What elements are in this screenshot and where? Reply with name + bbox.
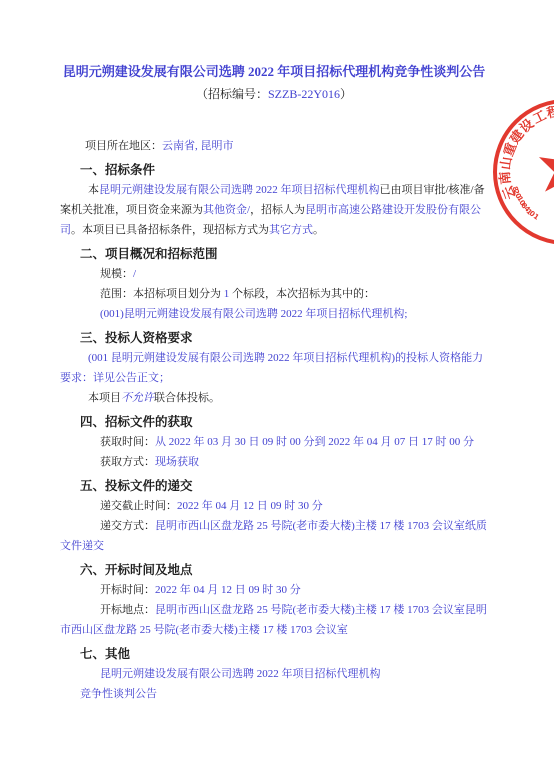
highlighted-value: 2022 年 04 月 12 日 09 时 30 分 (177, 500, 323, 512)
text-segment: 二、项目概况和招标范围 (80, 247, 218, 261)
section-heading: 四、招标文件的获取 (60, 412, 488, 432)
text-segment: 个标段，本次招标为其中的： (229, 288, 375, 300)
seal-char: 程 (545, 101, 554, 122)
highlighted-value: 其它方式 (269, 224, 313, 236)
text-segment: 。本项目已具备招标条件，现招标方式为 (71, 224, 269, 236)
text-line: 获取时间：从 2022 年 03 月 30 日 09 时 00 分到 2022 … (60, 432, 488, 452)
text-segment: 六、开标时间及地点 (80, 563, 193, 577)
seal-char: 设 (515, 113, 537, 136)
seal-char: 南 (494, 171, 514, 186)
seal-digit: 1 (525, 207, 534, 216)
highlighted-value: 现场获取 (155, 456, 199, 468)
document-body: 昆明元朔建设发展有限公司选聘 2022 年项目招标代理机构竞争性谈判公告 （招标… (60, 0, 488, 704)
seal-digit: 2 (511, 189, 520, 197)
seal-char: 重 (497, 139, 519, 158)
text-segment: ，招标人为 (250, 204, 305, 216)
text-line: 开标地点：昆明市西山区盘龙路 25 号院(老市委大楼)主楼 17 楼 1703 … (60, 600, 488, 640)
text-line: 昆明元朔建设发展有限公司选聘 2022 年项目招标代理机构 (60, 664, 488, 684)
document-page: 昆明元朔建设发展有限公司选聘 2022 年项目招标代理机构竞争性谈判公告 （招标… (0, 0, 554, 783)
text-line: (001)昆明元朔建设发展有限公司选聘 2022 年项目招标代理机构; (60, 304, 488, 324)
seal-ring (493, 99, 554, 245)
seal-star-icon: ★ (528, 128, 554, 211)
highlighted-value: (001 昆明元朔建设发展有限公司选聘 2022 年项目招标代理机构)的投标人资… (60, 352, 483, 384)
text-segment: 规模： (100, 268, 133, 280)
text-line: 开标时间：2022 年 04 月 12 日 09 时 30 分 (60, 580, 488, 600)
text-segment: 项目所在地区： (85, 140, 162, 152)
text-line: 本项目不允许联合体投标。 (60, 388, 488, 408)
text-segment: 四、招标文件的获取 (80, 415, 193, 429)
text-segment: 联合体投标。 (154, 392, 220, 404)
tender-number-line: （招标编号：SZZB-22Y016） (60, 84, 488, 104)
tender-number-suffix: ） (340, 87, 352, 101)
seal-digit: 8 (510, 185, 519, 192)
text-line: 获取方式：现场获取 (60, 452, 488, 472)
seal-char: 工 (529, 105, 549, 128)
text-segment: 本项目 (88, 392, 121, 404)
highlighted-value: (001)昆明元朔建设发展有限公司选聘 2022 年项目招标代理机构; (100, 308, 407, 320)
seal-digit: 0 (528, 210, 537, 219)
seal-char: 云 (497, 184, 519, 203)
text-segment: 开标地点： (100, 604, 155, 616)
text-line: 项目所在地区：云南省, 昆明市 (60, 136, 488, 156)
text-segment: 三、投标人资格要求 (80, 331, 193, 345)
text-segment: 七、其他 (80, 647, 130, 661)
text-segment: 开标时间： (100, 584, 155, 596)
text-line: 竞争性谈判公告 (60, 684, 488, 704)
highlighted-value: 竞争性谈判公告 (80, 688, 157, 700)
text-segment: 获取方式： (100, 456, 155, 468)
section-heading: 一、招标条件 (60, 160, 488, 180)
section-heading: 六、开标时间及地点 (60, 560, 488, 580)
tender-number-value: SZZB-22Y016 (268, 87, 340, 101)
highlighted-value: 2022 年 04 月 12 日 09 时 30 分 (155, 584, 301, 596)
section-heading: 五、投标文件的递交 (60, 476, 488, 496)
highlighted-value: 不允许 (121, 392, 154, 404)
highlighted-value: 云南省, 昆明市 (162, 140, 234, 152)
section-heading: 二、项目概况和招标范围 (60, 244, 488, 264)
highlighted-value: 从 2022 年 03 月 30 日 09 时 00 分到 2022 年 04 … (155, 436, 474, 448)
text-line: 范围：本招标项目划分为 1 个标段，本次招标为其中的： (60, 284, 488, 304)
highlighted-value: / (133, 268, 136, 280)
tender-number-prefix: （招标编号： (196, 87, 268, 101)
text-line: 规模：/ (60, 264, 488, 284)
section-heading: 七、其他 (60, 644, 488, 664)
seal-digit: 8 (519, 202, 528, 211)
text-segment: 本 (88, 184, 99, 196)
seal-char: 山 (494, 156, 515, 172)
text-line: 递交截止时间：2022 年 04 月 12 日 09 时 30 分 (60, 496, 488, 516)
text-segment: 一、招标条件 (80, 163, 155, 177)
seal-digit: 1 (531, 212, 540, 221)
text-segment: 递交方式： (100, 520, 155, 532)
seal-char: 建 (504, 125, 527, 147)
text-segment: 递交截止时间： (100, 500, 177, 512)
document-title: 昆明元朔建设发展有限公司选聘 2022 年项目招标代理机构竞争性谈判公告 (60, 62, 488, 82)
company-seal-stamp: ★ 云南山重建设工程有限公司 8201084101 (493, 99, 554, 245)
text-line: 本昆明元朔建设发展有限公司选聘 2022 年项目招标代理机构已由项目审批/核准/… (60, 180, 488, 240)
text-segment: 范围：本招标项目划分为 (100, 288, 224, 300)
seal-digit: 1 (515, 195, 524, 203)
highlighted-value: 其他资金/ (203, 204, 250, 216)
text-segment: 五、投标文件的递交 (80, 479, 193, 493)
seal-digit: 0 (513, 192, 522, 200)
highlighted-value: 昆明元朔建设发展有限公司选聘 2022 年项目招标代理机构 (99, 184, 380, 196)
text-segment: 获取时间： (100, 436, 155, 448)
highlighted-value: 昆明元朔建设发展有限公司选聘 2022 年项目招标代理机构 (100, 668, 381, 680)
text-segment: 。 (313, 224, 324, 236)
text-line: 递交方式：昆明市西山区盘龙路 25 号院(老市委大楼)主楼 17 楼 1703 … (60, 516, 488, 556)
seal-digit: 0 (517, 199, 526, 208)
text-line: (001 昆明元朔建设发展有限公司选聘 2022 年项目招标代理机构)的投标人资… (60, 348, 488, 388)
seal-digit: 4 (522, 204, 531, 213)
section-heading: 三、投标人资格要求 (60, 328, 488, 348)
